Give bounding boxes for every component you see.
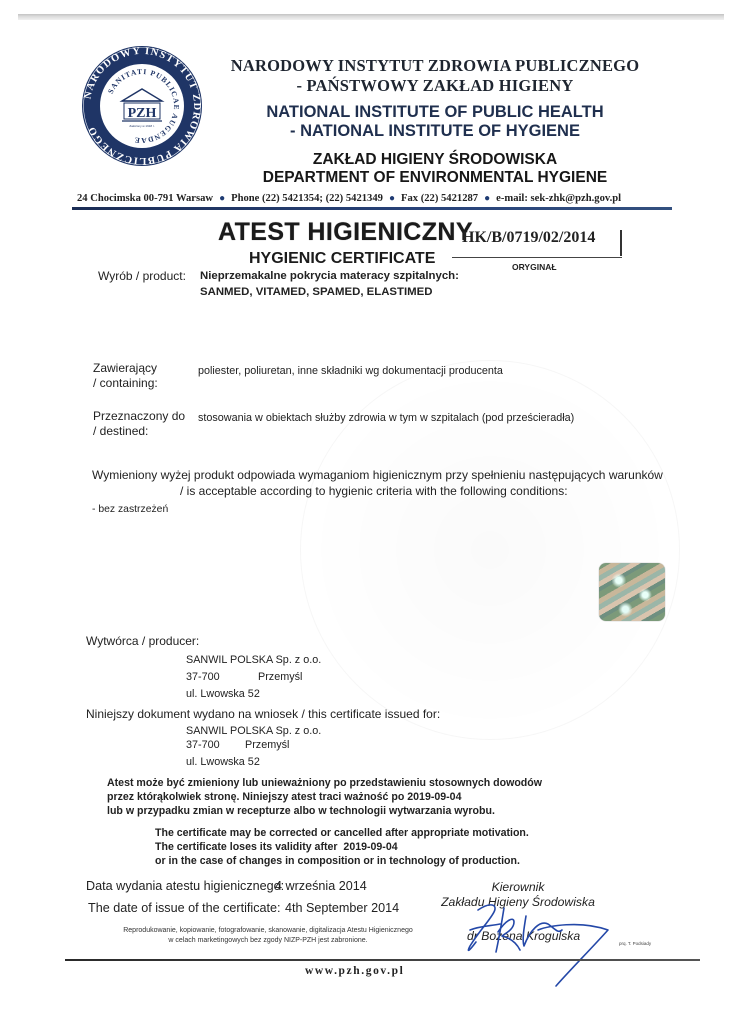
conditions-item: - bez zastrzeżeń [92, 502, 168, 517]
producer-label: Wytwórca / producer: [86, 633, 199, 649]
issued-for-street: ul. Lwowska 52 [186, 755, 260, 770]
website-link[interactable]: www.pzh.gov.pl [305, 965, 404, 977]
contact-fax: Fax (22) 5421287 [401, 193, 478, 204]
validity-en-line1: The certificate may be corrected or canc… [155, 826, 529, 841]
hologram-sticker [599, 563, 665, 621]
issued-for-name: SANWIL POLSKA Sp. z o.o. [186, 724, 321, 739]
validity-pl-line2: przez którąkolwiek stronę. Niniejszy ate… [107, 790, 461, 805]
producer-postcode: 37-700 [186, 670, 220, 685]
handwritten-signature-icon [440, 890, 620, 990]
validity-pl-text: przez którąkolwiek stronę. Niniejszy ate… [107, 791, 404, 803]
header-divider [72, 207, 672, 210]
validity-pl-date: 2019-09-04 [407, 791, 461, 803]
certificate-title-en: HYGIENIC CERTIFICATE [249, 250, 435, 268]
validity-en-line2: The certificate loses its validity after… [155, 840, 398, 855]
conditions-statement-pl: Wymieniony wyżej produkt odpowiada wymag… [92, 467, 663, 483]
institute-name-en-line2: - NATIONAL INSTITUTE OF HYGIENE [220, 122, 650, 141]
issue-date-value-pl: 4 września 2014 [275, 879, 367, 893]
institute-name-pl-line2: - PAŃSTWOWY ZAKŁAD HIGIENY [220, 76, 650, 96]
validity-en-date: 2019-09-04 [343, 841, 397, 853]
original-stamp: ORYGINAŁ [512, 262, 557, 272]
containing-label-pl: Zawierający [93, 361, 157, 376]
destined-value: stosowania w obiektach służby zdrowia w … [198, 411, 574, 426]
destined-label-pl: Przeznaczony do [93, 409, 185, 424]
certificate-number-underline [452, 257, 622, 258]
issued-for-postcode: 37-700 [186, 738, 220, 753]
destined-label-en: / destined: [93, 424, 148, 439]
containing-label-en: / containing: [93, 376, 158, 391]
validity-pl-line3: lub w przypadku zmian w recepturze albo … [107, 804, 495, 819]
pzh-seal-logo: NARODOWY INSTYTUT ZDROWIA PUBLICZNEGO SA… [66, 45, 218, 167]
issue-date-value-en: 4th September 2014 [285, 901, 399, 915]
producer-city: Przemyśl [258, 670, 302, 685]
issue-date-label-pl: Data wydania atestu higienicznego: [86, 879, 284, 893]
scan-edge [18, 14, 724, 20]
contact-phone: Phone (22) 5421354; (22) 5421349 [231, 193, 383, 204]
conditions-statement-en: / is acceptable according to hygienic cr… [180, 483, 568, 499]
institute-name-pl-line1: NARODOWY INSTYTUT ZDROWIA PUBLICZNEGO [220, 56, 650, 76]
pzh-seal-icon: NARODOWY INSTYTUT ZDROWIA PUBLICZNEGO SA… [66, 45, 218, 167]
validity-en-line3: or in the case of changes in composition… [155, 854, 520, 869]
contact-line: 24 Chocimska 00-791 Warsaw●Phone (22) 54… [77, 193, 667, 204]
prepared-by: prq. T. Podsiady [619, 941, 651, 946]
certificate-title-pl: ATEST HIGIENICZNY [218, 218, 473, 247]
producer-name: SANWIL POLSKA Sp. z o.o. [186, 653, 321, 668]
department-name-en: DEPARTMENT OF ENVIRONMENTAL HYGIENE [220, 169, 650, 187]
issued-for-city: Przemyśl [245, 738, 289, 753]
svg-text:PZH: PZH [128, 106, 157, 121]
footer-divider [65, 959, 700, 961]
product-value-line2: SANMED, VITAMED, SPAMED, ELASTIMED [200, 285, 432, 300]
validity-pl-line1: Atest może być zmieniony lub unieważnion… [107, 776, 542, 791]
bullet-icon: ● [219, 193, 225, 204]
contact-email[interactable]: e-mail: sek-zhk@pzh.gov.pl [496, 193, 621, 204]
issued-for-label: Niniejszy dokument wydano na wniosek / t… [86, 706, 440, 722]
contact-address: 24 Chocimska 00-791 Warsaw [77, 193, 213, 204]
institute-name-en-line1: NATIONAL INSTITUTE OF PUBLIC HEALTH [220, 103, 650, 122]
reproduction-notice-line1: Reprodukowanie, kopiowanie, fotografowan… [82, 926, 454, 936]
product-value-line1: Nieprzemakalne pokrycia materacy szpital… [200, 269, 459, 284]
certificate-number: HK/B/0719/02/2014 [462, 229, 595, 247]
department-name-pl: ZAKŁAD HIGIENY ŚRODOWISKA [220, 151, 650, 169]
product-label: Wyrób / product: [98, 269, 186, 284]
bullet-icon: ● [389, 193, 395, 204]
producer-street: ul. Lwowska 52 [186, 687, 260, 702]
bullet-icon: ● [484, 193, 490, 204]
issue-date-label-en: The date of issue of the certificate: [88, 901, 281, 915]
reproduction-notice-line2: w celach marketingowych bez zgody NIZP-P… [82, 936, 454, 946]
validity-en-text: The certificate loses its validity after [155, 841, 338, 853]
certificate-number-border [620, 230, 622, 256]
svg-text:Założony w 1918 r.: Założony w 1918 r. [129, 124, 154, 128]
containing-value: poliester, poliuretan, inne składniki wg… [198, 364, 503, 379]
reproduction-notice: Reprodukowanie, kopiowanie, fotografowan… [82, 926, 454, 946]
